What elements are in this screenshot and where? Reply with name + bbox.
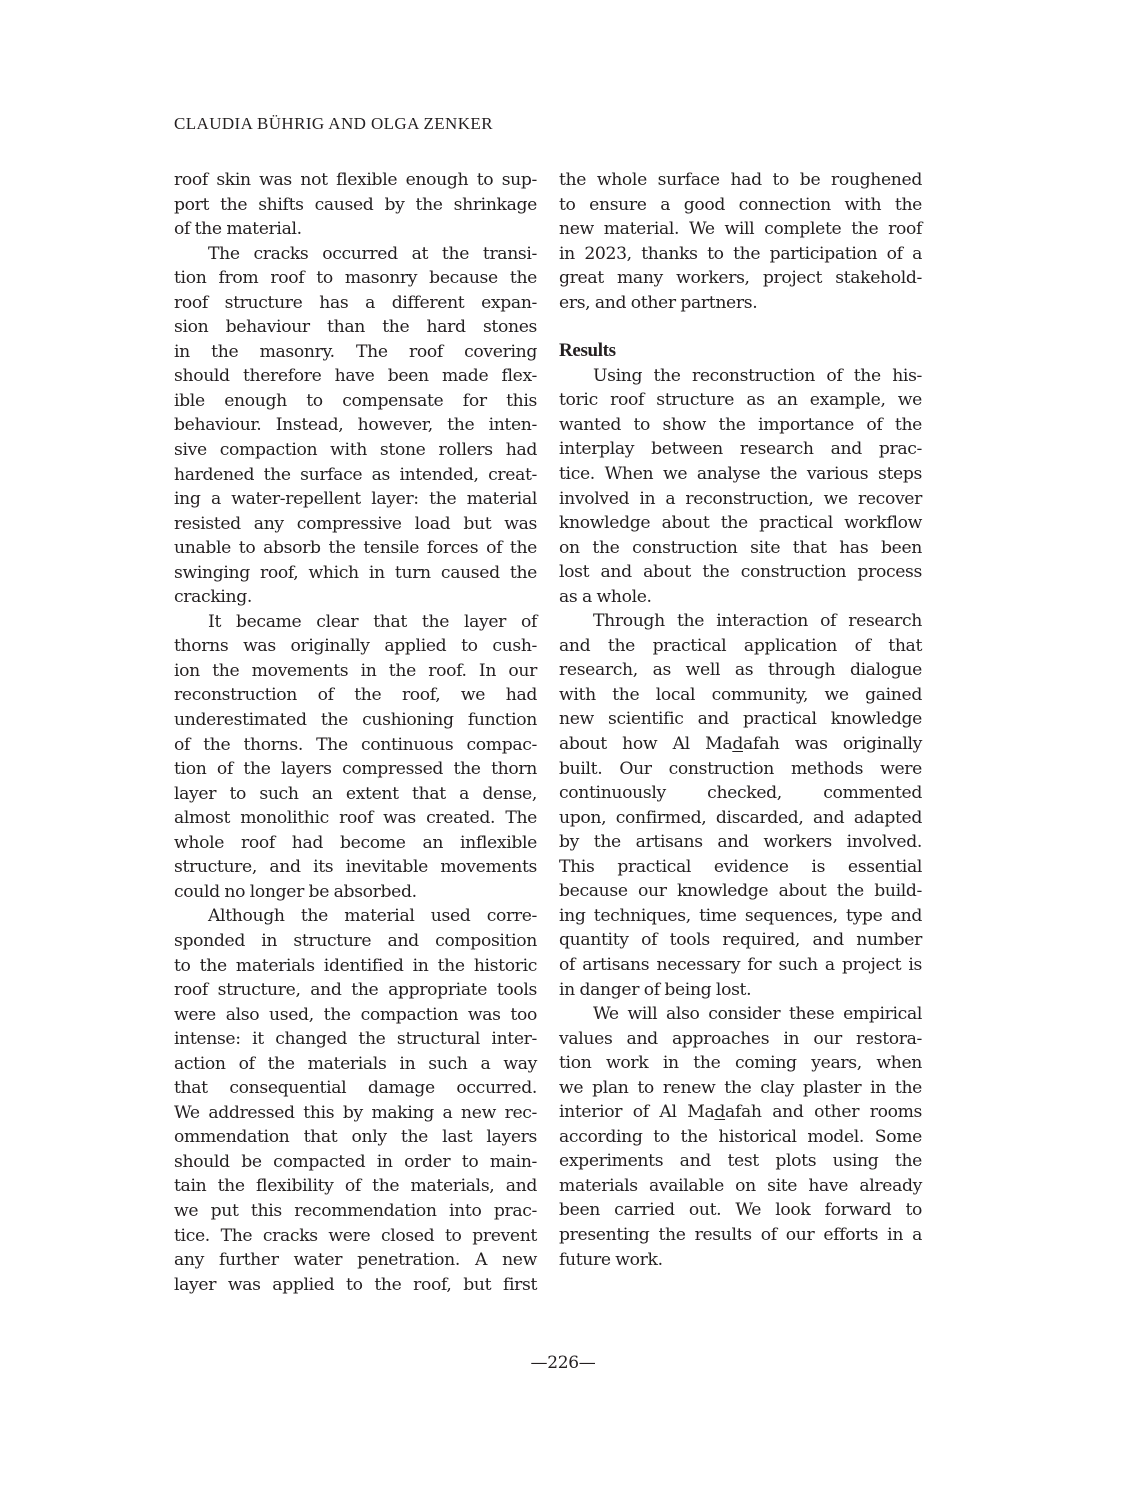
text-line: tice. The cracks were closed to prevent bbox=[174, 1224, 537, 1249]
text-line: built. Our construction methods were bbox=[559, 757, 922, 782]
text-line: resisted any compressive load but was bbox=[174, 512, 537, 537]
text-line: Through the interaction of research bbox=[559, 609, 922, 634]
text-line: Using the reconstruction of the his- bbox=[559, 364, 922, 389]
text-line: as a whole. bbox=[559, 585, 922, 610]
paragraph: the whole surface had to be roughenedto … bbox=[559, 168, 922, 315]
text-line: interplay between research and prac- bbox=[559, 437, 922, 462]
text-line: were also used, the compaction was too bbox=[174, 1003, 537, 1028]
text-line: underestimated the cushioning function bbox=[174, 708, 537, 733]
text-line: involved in a reconstruction, we recover bbox=[559, 487, 922, 512]
left-column: roof skin was not flexible enough to sup… bbox=[174, 168, 537, 1297]
text-line: ible enough to compensate for this bbox=[174, 389, 537, 414]
text-line: thorns was originally applied to cush- bbox=[174, 634, 537, 659]
text-line: we plan to renew the clay plaster in the bbox=[559, 1076, 922, 1101]
text-line: ing techniques, time sequences, type and bbox=[559, 904, 922, 929]
section-heading-results: Results bbox=[559, 339, 922, 364]
page-number: —226— bbox=[0, 1353, 1126, 1373]
text-line: should be compacted in order to main- bbox=[174, 1150, 537, 1175]
text-line: behaviour. Instead, however, the inten- bbox=[174, 413, 537, 438]
text-line: This practical evidence is essential bbox=[559, 855, 922, 880]
text-line: to ensure a good connection with the bbox=[559, 193, 922, 218]
text-line: port the shifts caused by the shrinkage bbox=[174, 193, 537, 218]
text-line: sive compaction with stone rollers had bbox=[174, 438, 537, 463]
text-line: The cracks occurred at the transi- bbox=[174, 242, 537, 267]
text-line: ers, and other partners. bbox=[559, 291, 922, 316]
text-line: experiments and test plots using the bbox=[559, 1149, 922, 1174]
text-line: by the artisans and workers involved. bbox=[559, 830, 922, 855]
text-line: layer to such an extent that a dense, bbox=[174, 782, 537, 807]
text-line: cracking. bbox=[174, 585, 537, 610]
text-line: future work. bbox=[559, 1248, 922, 1273]
text-line: we put this recommendation into prac- bbox=[174, 1199, 537, 1224]
text-line: continuously checked, commented bbox=[559, 781, 922, 806]
text-line: ing a water-repellent layer: the materia… bbox=[174, 487, 537, 512]
text-line: roof structure, and the appropriate tool… bbox=[174, 978, 537, 1003]
text-line: according to the historical model. Some bbox=[559, 1125, 922, 1150]
paragraph: Although the material used corre-sponded… bbox=[174, 904, 537, 1297]
text-line: in 2023, thanks to the participation of … bbox=[559, 242, 922, 267]
text-line: hardened the surface as intended, creat- bbox=[174, 463, 537, 488]
text-line: roof skin was not flexible enough to sup… bbox=[174, 168, 537, 193]
paragraph: The cracks occurred at the transi-tion f… bbox=[174, 242, 537, 610]
text-line: interior of Al Madafah and other rooms bbox=[559, 1100, 922, 1125]
text-line: any further water penetration. A new bbox=[174, 1248, 537, 1273]
text-line: ommendation that only the last layers bbox=[174, 1125, 537, 1150]
paragraph: roof skin was not flexible enough to sup… bbox=[174, 168, 537, 242]
text-line: great many workers, project stakehold- bbox=[559, 266, 922, 291]
text-line: We addressed this by making a new rec- bbox=[174, 1101, 537, 1126]
text-line: sponded in structure and composition bbox=[174, 929, 537, 954]
text-line: wanted to show the importance of the bbox=[559, 413, 922, 438]
text-line: Although the material used corre- bbox=[174, 904, 537, 929]
running-head: CLAUDIA BÜHRIG AND OLGA ZENKER bbox=[174, 114, 493, 134]
text-line: roof structure has a different expan- bbox=[174, 291, 537, 316]
paragraph: We will also consider these empiricalval… bbox=[559, 1002, 922, 1272]
text-line: sion behaviour than the hard stones bbox=[174, 315, 537, 340]
text-line: been carried out. We look forward to bbox=[559, 1198, 922, 1223]
text-line: structure, and its inevitable movements bbox=[174, 855, 537, 880]
text-line: of the thorns. The continuous compac- bbox=[174, 733, 537, 758]
text-line: reconstruction of the roof, we had bbox=[174, 683, 537, 708]
text-line: to the materials identified in the histo… bbox=[174, 954, 537, 979]
text-line: tion work in the coming years, when bbox=[559, 1051, 922, 1076]
text-line: almost monolithic roof was created. The bbox=[174, 806, 537, 831]
text-line: should therefore have been made flex- bbox=[174, 364, 537, 389]
text-line: materials available on site have already bbox=[559, 1174, 922, 1199]
text-line: knowledge about the practical workflow bbox=[559, 511, 922, 536]
text-line: new scientific and practical knowledge bbox=[559, 707, 922, 732]
text-line: the whole surface had to be roughened bbox=[559, 168, 922, 193]
text-line: quantity of tools required, and number bbox=[559, 928, 922, 953]
text-line: ion the movements in the roof. In our bbox=[174, 659, 537, 684]
right-column: the whole surface had to be roughenedto … bbox=[559, 168, 922, 1272]
paragraph: Through the interaction of researchand t… bbox=[559, 609, 922, 1002]
text-line: tain the flexibility of the materials, a… bbox=[174, 1174, 537, 1199]
text-line: in the masonry. The roof covering bbox=[174, 340, 537, 365]
text-line: presenting the results of our efforts in… bbox=[559, 1223, 922, 1248]
text-line: with the local community, we gained bbox=[559, 683, 922, 708]
text-line: in danger of being lost. bbox=[559, 978, 922, 1003]
paragraph: Using the reconstruction of the his-tori… bbox=[559, 364, 922, 609]
text-line: action of the materials in such a way bbox=[174, 1052, 537, 1077]
text-line: toric roof structure as an example, we bbox=[559, 388, 922, 413]
text-line: new material. We will complete the roof bbox=[559, 217, 922, 242]
text-line: swinging roof, which in turn caused the bbox=[174, 561, 537, 586]
text-line: of artisans necessary for such a project… bbox=[559, 953, 922, 978]
text-line: upon, confirmed, discarded, and adapted bbox=[559, 806, 922, 831]
text-line: unable to absorb the tensile forces of t… bbox=[174, 536, 537, 561]
text-line: whole roof had become an inflexible bbox=[174, 831, 537, 856]
text-line: because our knowledge about the build- bbox=[559, 879, 922, 904]
text-line: and the practical application of that bbox=[559, 634, 922, 659]
text-line: tion from roof to masonry because the bbox=[174, 266, 537, 291]
text-line: research, as well as through dialogue bbox=[559, 658, 922, 683]
text-line: tion of the layers compressed the thorn bbox=[174, 757, 537, 782]
text-line: of the material. bbox=[174, 217, 537, 242]
text-line: values and approaches in our restora- bbox=[559, 1027, 922, 1052]
text-line: tice. When we analyse the various steps bbox=[559, 462, 922, 487]
text-line: could no longer be absorbed. bbox=[174, 880, 537, 905]
text-line: that consequential damage occurred. bbox=[174, 1076, 537, 1101]
text-line: We will also consider these empirical bbox=[559, 1002, 922, 1027]
text-line: on the construction site that has been bbox=[559, 536, 922, 561]
text-line: It became clear that the layer of bbox=[174, 610, 537, 635]
text-line: layer was applied to the roof, but first bbox=[174, 1273, 537, 1298]
paragraph: It became clear that the layer ofthorns … bbox=[174, 610, 537, 905]
text-line: intense: it changed the structural inter… bbox=[174, 1027, 537, 1052]
text-line: lost and about the construction process bbox=[559, 560, 922, 585]
text-line: about how Al Madafah was originally bbox=[559, 732, 922, 757]
